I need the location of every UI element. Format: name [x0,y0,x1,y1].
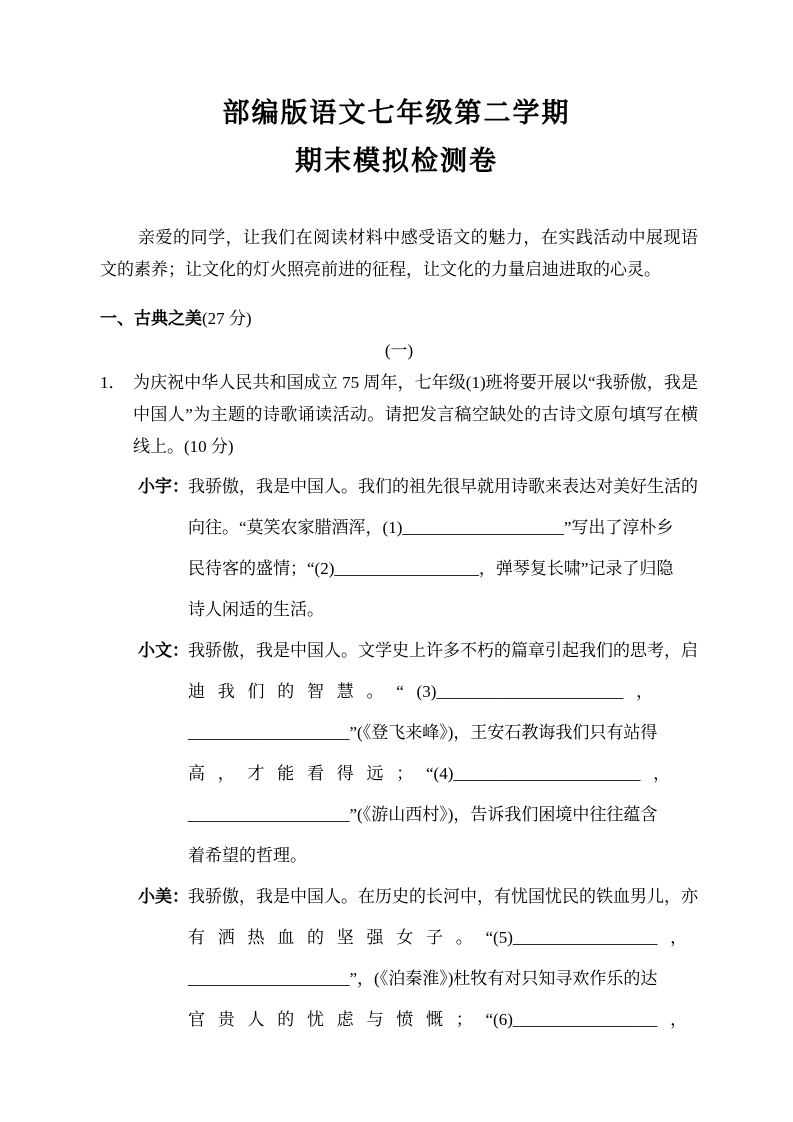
intro-paragraph: 亲爱的同学，让我们在阅读材料中感受语文的魅力，在实践活动中展现语文的素养；让文化… [100,222,698,286]
section-heading-title: 一、古典之美 [100,309,202,328]
speech-line: 我骄傲，我是中国人。文学史上许多不朽的篇章引起我们的思考，启 [188,630,698,671]
speech-line-with-blank: 迪 我 们 的 智 慧 。 “ (3)_____________________… [188,671,698,712]
speech-line: 诗人闲适的生活。 [188,589,698,630]
document-page: 部编版语文七年级第二学期 期末模拟检测卷 亲爱的同学，让我们在阅读材料中感受语文… [0,0,793,1122]
question-stem: 为庆祝中华人民共和国成立 75 周年，七年级(1)班将要开展以“我骄傲，我是中国… [133,373,698,456]
speech-xiaowen: 小文： 我骄傲，我是中国人。文学史上许多不朽的篇章引起我们的思考，启 迪 我 们… [100,630,698,876]
document-body: 亲爱的同学，让我们在阅读材料中感受语文的魅力，在实践活动中展现语文的素养；让文化… [100,222,698,1040]
speech-line-with-blank: ___________________”，(《泊秦淮》)杜牧有对只知寻欢作乐的达 [188,958,698,999]
speech-line-with-blank: 官 贵 人 的 忧 虑 与 愤 慨 ； “(6)________________… [188,999,698,1040]
speech-line-with-blank: 向往。“莫笑农家腊酒浑，(1)___________________”写出了淳朴… [188,507,698,548]
speaker-label: 小宇： [138,466,189,507]
speech-line-with-blank: 民待客的盛情；“(2)_________________，弹琴复长啸”记录了归隐 [188,548,698,589]
section-heading-score: (27 分) [202,309,252,328]
speech-line-with-blank: ___________________”(《游山西村》)，告诉我们困境中往往蕴含 [188,794,698,835]
speech-line-with-blank: 有 洒 热 血 的 坚 强 女 子 。 “(5)________________… [188,917,698,958]
speech-line-with-blank: 高 ， 才 能 看 得 远 ； “(4)____________________… [188,753,698,794]
page-title-line1: 部编版语文七年级第二学期 [0,96,793,130]
speech-line: 我骄傲，我是中国人。我们的祖先很早就用诗歌来表达对美好生活的 [188,466,698,507]
speech-section: 小宇： 我骄傲，我是中国人。我们的祖先很早就用诗歌来表达对美好生活的 向往。“莫… [100,466,698,1040]
section-heading: 一、古典之美(27 分) [100,303,698,335]
question-number: 1． [100,367,133,399]
speech-line: 我骄傲，我是中国人。在历史的长河中，有忧国忧民的铁血男儿，亦 [188,876,698,917]
speech-line-with-blank: ___________________”(《登飞来峰》)，王安石教诲我们只有站得 [188,712,698,753]
speech-line: 着希望的哲理。 [188,835,698,876]
speaker-label: 小文： [138,630,189,671]
speaker-label: 小美： [138,876,189,917]
speech-xiaoyu: 小宇： 我骄傲，我是中国人。我们的祖先很早就用诗歌来表达对美好生活的 向往。“莫… [100,466,698,630]
part-label: (一) [100,335,698,367]
page-title-line2: 期末模拟检测卷 [0,144,793,178]
speech-xiaomei: 小美： 我骄傲，我是中国人。在历史的长河中，有忧国忧民的铁血男儿，亦 有 洒 热… [100,876,698,1040]
question-1: 1． 为庆祝中华人民共和国成立 75 周年，七年级(1)班将要开展以“我骄傲，我… [100,367,698,463]
